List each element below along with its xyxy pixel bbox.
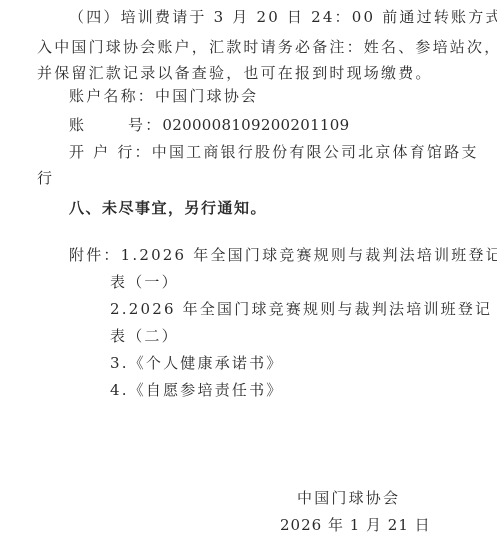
signature-organization: 中国门球协会: [297, 488, 400, 508]
account-number-value: 0200008109200201109: [162, 116, 349, 134]
account-number-label: 账 号：: [69, 116, 162, 134]
fee-paragraph-line-1: （四）培训费请于 3 月 20 日 24：00 前通过转账方式汇: [69, 7, 497, 27]
bank-label: 开 户 行：: [69, 143, 152, 161]
attachments-label: 附件：: [69, 246, 121, 264]
signature-date: 2026 年 1 月 21 日: [280, 515, 431, 535]
bank-value: 中国工商银行股份有限公司北京体育馆路支: [152, 143, 479, 161]
attachment-1-title: 1.2026 年全国门球竞赛规则与裁判法培训班登记: [121, 246, 497, 264]
attachment-2-line-2: 表（二）: [110, 326, 179, 346]
attachment-3: 3.《个人健康承诺书》: [110, 353, 284, 373]
attachment-1-line-1: 附件：1.2026 年全国门球竞赛规则与裁判法培训班登记: [69, 245, 497, 265]
account-number-row: 账 号：0200008109200201109: [69, 115, 349, 135]
account-name-value: 中国门球协会: [155, 87, 258, 105]
attachment-2-line-1: 2.2026 年全国门球竞赛规则与裁判法培训班登记: [110, 299, 492, 319]
bank-row: 开 户 行：中国工商银行股份有限公司北京体育馆路支: [69, 142, 479, 162]
attachment-1-line-2: 表（一）: [110, 272, 179, 292]
account-name-row: 账户名称：中国门球协会: [69, 86, 258, 106]
account-name-label: 账户名称：: [69, 87, 155, 105]
fee-paragraph-line-2: 入中国门球协会账户，汇款时请务必备注：姓名、参培站次，: [37, 37, 497, 57]
section-eight-heading: 八、未尽事宜，另行通知。: [69, 198, 267, 218]
fee-paragraph-line-3: 并保留汇款记录以备查验，也可在报到时现场缴费。: [37, 63, 433, 83]
bank-value-continued: 行: [37, 168, 54, 188]
attachment-4: 4.《自愿参培责任书》: [110, 380, 284, 400]
